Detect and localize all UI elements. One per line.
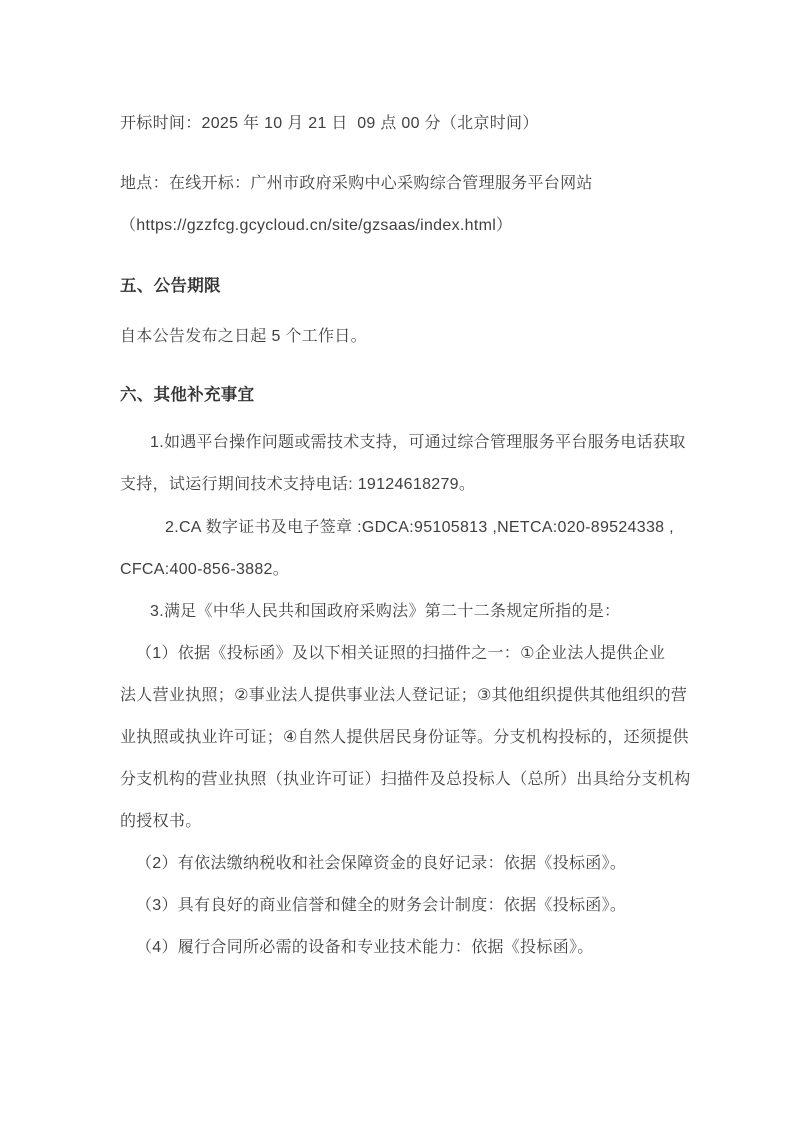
sub4-line: （4）履行合同所必需的设备和专业技术能力：依据《投标函》。 [120,927,690,969]
item1-line-2: 支持，试运行期间技术支持电话: 19124618279。 [120,464,690,506]
location-url-line: （https://gzzfcg.gcycloud.cn/site/gzsaas/… [120,205,690,247]
open-bid-time-paragraph: 开标时间：2025 年 10 月 21 日 09 点 00 分（北京时间） [120,103,690,145]
section5-body-paragraph: 自本公告发布之日起 5 个工作日。 [120,316,690,358]
location-line: 地点：在线开标：广州市政府采购中心采购综合管理服务平台网站 [120,163,690,205]
sub1-line-3: 业执照或执业许可证；④自然人提供居民身份证等。分支机构投标的，还须提供 [120,717,690,759]
sub1-line-1: （1）依据《投标函》及以下相关证照的扫描件之一：①企业法人提供企业 [120,633,690,675]
sub1-line-4: 分支机构的营业执照（执业许可证）扫描件及总投标人（总所）出具给分支机构 [120,759,690,801]
sub2-line: （2）有依法缴纳税收和社会保障资金的良好记录：依据《投标函》。 [120,843,690,885]
item3-sub1-paragraph: （1）依据《投标函》及以下相关证照的扫描件之一：①企业法人提供企业 法人营业执照… [120,633,690,843]
open-bid-time-line: 开标时间：2025 年 10 月 21 日 09 点 00 分（北京时间） [120,103,690,145]
section6-item1-paragraph: 1.如遇平台操作问题或需技术支持，可通过综合管理服务平台服务电话获取 支持，试运… [120,422,690,506]
section6-item3-intro-paragraph: 3.满足《中华人民共和国政府采购法》第二十二条规定所指的是： [120,591,690,633]
sub3-line: （3）具有良好的商业信誉和健全的财务会计制度：依据《投标函》。 [120,885,690,927]
item1-line-1: 1.如遇平台操作问题或需技术支持，可通过综合管理服务平台服务电话获取 [120,422,690,464]
location-paragraph: 地点：在线开标：广州市政府采购中心采购综合管理服务平台网站 （https://g… [120,163,690,247]
section6-heading: 六、其他补充事宜 [120,374,690,416]
item3-sub4-paragraph: （4）履行合同所必需的设备和专业技术能力：依据《投标函》。 [120,927,690,969]
section6-item2-paragraph: 2.CA 数字证书及电子签章 :GDCA:95105813 ,NETCA:020… [120,507,690,591]
item3-intro-line: 3.满足《中华人民共和国政府采购法》第二十二条规定所指的是： [120,591,690,633]
sub1-line-2: 法人营业执照；②事业法人提供事业法人登记证；③其他组织提供其他组织的营 [120,675,690,717]
item2-line-1: 2.CA 数字证书及电子签章 :GDCA:95105813 ,NETCA:020… [120,507,690,549]
sub1-line-5: 的授权书。 [120,801,690,843]
section5-heading: 五、公告期限 [120,265,690,307]
document-body: 开标时间：2025 年 10 月 21 日 09 点 00 分（北京时间） 地点… [120,103,690,969]
item3-sub2-paragraph: （2）有依法缴纳税收和社会保障资金的良好记录：依据《投标函》。 [120,843,690,885]
section5-heading-paragraph: 五、公告期限 [120,265,690,307]
section6-heading-paragraph: 六、其他补充事宜 [120,374,690,416]
item2-line-2: CFCA:400-856-3882。 [120,549,690,591]
section5-body-line: 自本公告发布之日起 5 个工作日。 [120,316,690,358]
document-page: 开标时间：2025 年 10 月 21 日 09 点 00 分（北京时间） 地点… [0,0,799,1131]
item3-sub3-paragraph: （3）具有良好的商业信誉和健全的财务会计制度：依据《投标函》。 [120,885,690,927]
